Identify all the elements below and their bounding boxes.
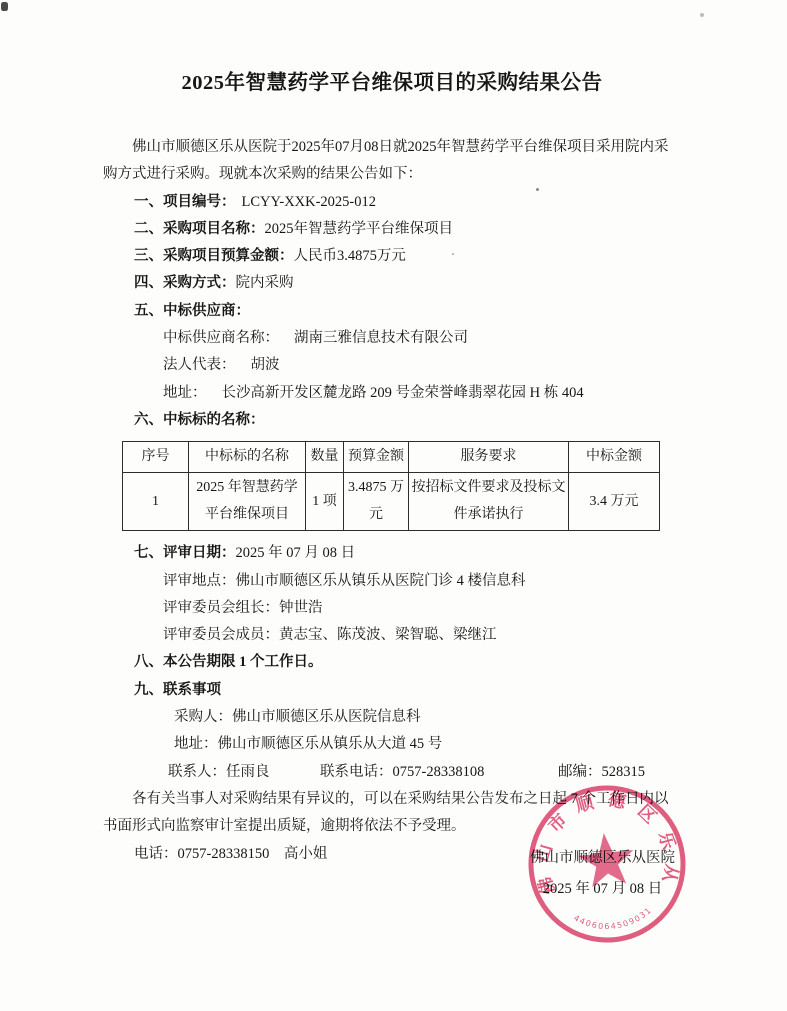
cell-no: 1 <box>123 473 189 531</box>
scan-speck <box>452 253 454 255</box>
field-label: 评审地点： <box>163 573 236 589</box>
review-members-line: 评审委员会成员：黄志宝、陈茂波、梁智聪、梁继江 <box>163 622 681 649</box>
section-label: 二、采购项目名称： <box>134 221 265 237</box>
contact-person: 联系人：任雨良 <box>168 759 320 786</box>
section-budget: 三、采购项目预算金额：人民币3.4875万元 <box>134 243 681 270</box>
field-label: 地址： <box>174 736 218 752</box>
field-value: 黄志宝、陈茂波、梁智聪、梁继江 <box>279 627 497 643</box>
section-value: 2025年智慧药学平台维保项目 <box>265 221 454 237</box>
field-label: 评审委员会成员： <box>163 627 279 643</box>
section-project-name: 二、采购项目名称：2025年智慧药学平台维保项目 <box>134 216 681 243</box>
cell-budget: 3.4875 万元 <box>344 473 409 531</box>
section-method: 四、采购方式：院内采购 <box>134 270 681 297</box>
scan-speck <box>1 2 8 11</box>
section-project-number: 一、项目编号：LCYY-XXK-2025-012 <box>134 189 681 216</box>
field-value: 0757-28338108 <box>393 764 485 780</box>
buyer-line: 采购人：佛山市顺德区乐从医院信息科 <box>174 704 681 731</box>
cell-qty: 1 项 <box>306 473 344 531</box>
section-award-name: 六、中标标的名称： <box>134 407 681 434</box>
section-label: 三、采购项目预算金额： <box>134 248 294 264</box>
supplier-address-line: 地址：长沙高新开发区麓龙路 209 号金荣誉峰翡翠花园 H 栋 404 <box>163 380 681 407</box>
review-place-line: 评审地点：佛山市顺德区乐从镇乐从医院门诊 4 楼信息科 <box>163 568 681 595</box>
section-label: 一、项目编号： <box>134 194 236 210</box>
contact-phone: 联系电话：0757-28338108 <box>320 759 558 786</box>
review-leader-line: 评审委员会组长：钟世浩 <box>163 595 681 622</box>
field-value: 胡波 <box>236 357 280 373</box>
field-value: 佛山市顺德区乐从医院信息科 <box>232 709 421 725</box>
header-amount: 中标金额 <box>569 442 660 473</box>
buyer-address-line: 地址：佛山市顺德区乐从镇乐从大道 45 号 <box>174 731 681 758</box>
header-budget: 预算金额 <box>344 442 409 473</box>
field-label: 中标供应商名称： <box>163 330 279 346</box>
section-notice-period: 八、本公告期限 1 个工作日。 <box>134 649 681 676</box>
section-value: 人民币3.4875万元 <box>294 248 406 264</box>
scan-speck <box>460 800 463 803</box>
section-value: 2025 年 07 月 08 日 <box>236 545 356 561</box>
section-label: 七、评审日期： <box>134 545 236 561</box>
header-name: 中标标的名称 <box>189 442 306 473</box>
header-service: 服务要求 <box>409 442 569 473</box>
cell-name: 2025 年智慧药学平台维保项目 <box>189 473 306 531</box>
seal-star-icon <box>576 830 636 888</box>
header-qty: 数量 <box>306 442 344 473</box>
section-supplier: 五、中标供应商： <box>134 298 681 325</box>
field-label: 评审委员会组长： <box>163 600 279 616</box>
official-seal-stamp: 佛山市顺德区乐从医院 4406064509031 <box>516 773 698 955</box>
section-label: 八、本公告期限 1 个工作日。 <box>134 654 323 670</box>
award-table-row: 1 2025 年智慧药学平台维保项目 1 项 3.4875 万元 按招标文件要求… <box>123 473 660 531</box>
cell-amount: 3.4 万元 <box>569 473 660 531</box>
field-value: 长沙高新开发区麓龙路 209 号金荣誉峰翡翠花园 H 栋 404 <box>207 385 584 401</box>
section-label: 四、采购方式： <box>134 275 236 291</box>
section-label: 五、中标供应商： <box>134 303 250 319</box>
document-body: 2025年智慧药学平台维保项目的采购结果公告 佛山市顺德区乐从医院于2025年0… <box>103 62 681 868</box>
supplier-legal-line: 法人代表：胡波 <box>163 352 681 379</box>
section-value: 院内采购 <box>236 275 294 291</box>
section-value: LCYY-XXK-2025-012 <box>236 194 377 210</box>
section-contact-matters: 九、联系事项 <box>134 677 681 704</box>
field-label: 电话： <box>134 846 178 862</box>
field-value: 0757-28338150 高小姐 <box>178 846 328 862</box>
award-table-header-row: 序号 中标标的名称 数量 预算金额 服务要求 中标金额 <box>123 442 660 473</box>
seal-arc-text: 佛山市顺德区乐从医院 <box>516 773 686 914</box>
section-label: 九、联系事项 <box>134 682 221 698</box>
field-value: 钟世浩 <box>279 600 323 616</box>
scan-speck <box>700 13 704 17</box>
field-label: 法人代表： <box>163 357 236 373</box>
award-table: 序号 中标标的名称 数量 预算金额 服务要求 中标金额 1 2025 年智慧药学… <box>122 441 660 531</box>
header-no: 序号 <box>123 442 189 473</box>
section-label: 六、中标标的名称： <box>134 412 265 428</box>
supplier-name-line: 中标供应商名称：湖南三雅信息技术有限公司 <box>163 325 681 352</box>
document-title: 2025年智慧药学平台维保项目的采购结果公告 <box>103 68 681 98</box>
document-page: 2025年智慧药学平台维保项目的采购结果公告 佛山市顺德区乐从医院于2025年0… <box>0 0 787 1011</box>
intro-paragraph: 佛山市顺德区乐从医院于2025年07月08日就2025年智慧药学平台维保项目采用… <box>103 134 681 189</box>
field-value: 佛山市顺德区乐从镇乐从大道 45 号 <box>218 736 443 752</box>
field-label: 地址： <box>163 385 207 401</box>
cell-service: 按招标文件要求及投标文件承诺执行 <box>409 473 569 531</box>
field-value: 佛山市顺德区乐从镇乐从医院门诊 4 楼信息科 <box>236 573 526 589</box>
section-review-date: 七、评审日期：2025 年 07 月 08 日 <box>134 540 681 567</box>
field-label: 采购人： <box>174 709 232 725</box>
field-value: 湖南三雅信息技术有限公司 <box>279 330 468 346</box>
scan-speck <box>536 188 539 191</box>
field-label: 联系人： <box>168 764 226 780</box>
svg-text:佛山市顺德区乐从医院: 佛山市顺德区乐从医院 <box>516 773 686 914</box>
field-value: 任雨良 <box>226 764 270 780</box>
field-label: 邮编： <box>558 764 602 780</box>
field-label: 联系电话： <box>320 764 393 780</box>
